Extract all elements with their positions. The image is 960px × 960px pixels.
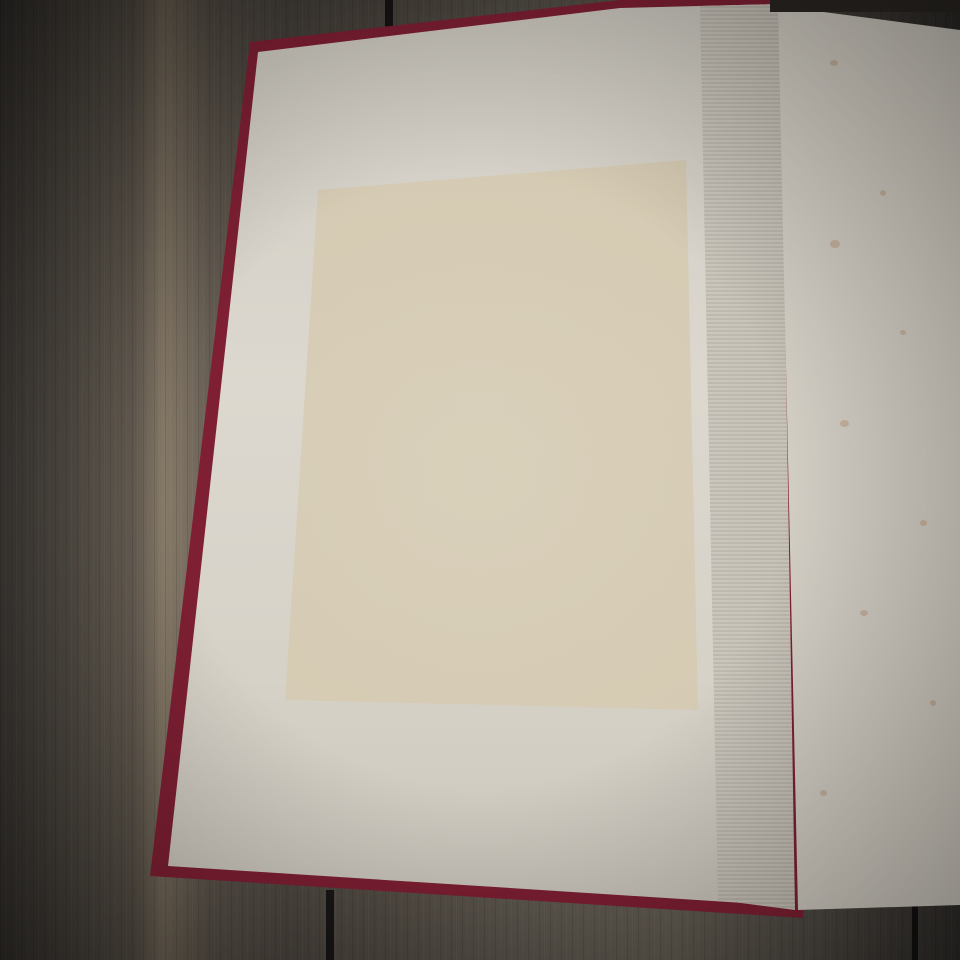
foxing-spot — [830, 60, 838, 66]
page-shadow — [770, 0, 960, 12]
photo-scene — [0, 0, 960, 960]
foxing-spot — [820, 790, 827, 796]
foxing-spot — [830, 240, 840, 248]
foxing-spot — [840, 420, 849, 427]
foxing-spot — [920, 520, 927, 526]
foxing-spot — [860, 610, 868, 616]
open-book — [0, 0, 960, 960]
foxing-spot — [900, 330, 906, 335]
foxing-spot — [880, 190, 886, 196]
foxing-spot — [930, 700, 936, 706]
